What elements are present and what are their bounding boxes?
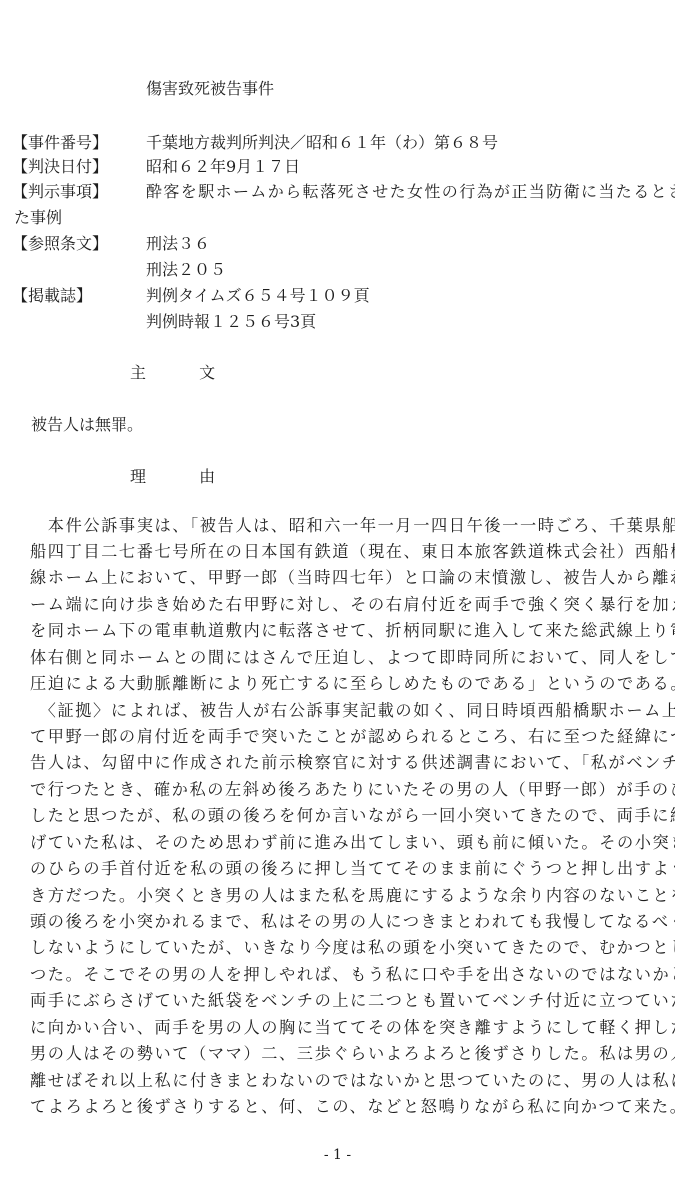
main-text-heading-char-2: 文 — [199, 360, 215, 383]
body-line: のひらの手首付近を私の頭の後ろに押し当ててそのまま前にぐうつと押し出すような小突 — [30, 855, 675, 879]
page-number: - 1 - — [0, 1147, 675, 1163]
body-line: て甲野一郎の肩付近を両手で突いたことが認められるところ、右に至つた経緯につき、被 — [30, 723, 675, 747]
main-text-heading: 主 文 — [130, 360, 215, 383]
body-line: 男の人はその勢いて（ママ）二、三歩ぐらいよろよろと後ずさりした。私は男の人を突き — [30, 1040, 675, 1064]
reasons-heading-char-1: 理 — [130, 464, 146, 487]
meta-label-publications: 【掲載誌】 — [12, 283, 92, 306]
body-line: 体右側と同ホームとの間にはさんで圧迫し、よつて即時同所において、同人をして胸腹部 — [30, 644, 675, 668]
body-line: げていた私は、そのため思わず前に進み出てしまい、頭も前に傾いた。その小突き方は手 — [30, 829, 675, 853]
body-line: つた。そこでその男の人を押しやれば、もう私に口や手を出さないのではないかと思つて… — [30, 961, 675, 985]
case-title: 傷害致死被告事件 — [146, 76, 274, 99]
meta-label-holding: 【判示事項】 — [12, 179, 108, 202]
meta-value-case-number: 千葉地方裁判所判決／昭和６１年（わ）第６８号 — [146, 130, 498, 153]
meta-value-holding-continuation: た事例 — [14, 205, 62, 228]
meta-label-judgment-date: 【判決日付】 — [12, 154, 108, 177]
main-text-verdict: 被告人は無罪。 — [31, 412, 143, 435]
body-line: で行つたとき、確か私の左斜め後ろあたりにいたその男の人（甲野一郎）が手のひらで押 — [30, 776, 675, 800]
meta-value-publication-1: 判例タイムズ６５４号１０９頁 — [146, 283, 370, 306]
body-line: てよろよろと後ずさりすると、何、この、などと怒鳴りながら私に向かつて来た。そして — [30, 1093, 675, 1117]
body-line: 圧迫による大動脈離断により死亡するに至らしめたものである」というのである。 — [30, 670, 675, 694]
body-line: ーム端に向け歩き始めた右甲野に対し、その右肩付近を両手で強く突く暴行を加え、同人 — [30, 591, 675, 615]
meta-label-referenced-articles: 【参照条文】 — [12, 231, 108, 254]
body-line: き方だつた。小突くとき男の人はまた私を馬鹿にするような余り内容のないことを言つた… — [30, 882, 675, 906]
meta-value-holding: 酔客を駅ホームから転落死させた女性の行為が正当防衛に当たるとされ — [146, 179, 675, 202]
body-line: 離せばそれ以上私に付きまとわないのではないかと思つていたのに、男の人は私に押され — [30, 1067, 675, 1091]
meta-value-judgment-date: 昭和６２年9月１７日 — [146, 154, 300, 177]
body-line: 船四丁目二七番七号所在の日本国有鉄道（現在、東日本旅客鉄道株式会社）西船橋駅四番 — [30, 538, 675, 562]
meta-label-case-number: 【事件番号】 — [12, 130, 108, 153]
body-line: 告人は、勾留中に作成された前示検察官に対する供述調書において、「私がベンチ付近ま — [30, 749, 675, 773]
body-line: 両手にぶらさげていた紙袋をベンチの上に二つとも置いてベンチ付近に立つていた男の人 — [30, 987, 675, 1011]
body-line: に向かい合い、両手を男の人の胸に当ててその体を突き離すようにして軽く押したところ… — [30, 1014, 675, 1038]
body-line: 頭の後ろを小突かれるまで、私はその男の人につきまとわれても我慢してなるべく相手に — [30, 908, 675, 932]
meta-value-article-2: 刑法２０５ — [146, 257, 226, 280]
reasons-heading: 理 由 — [130, 464, 215, 487]
meta-value-publication-2: 判例時報１２５６号3頁 — [146, 309, 316, 332]
body-line: 線ホーム上において、甲野一郎（当時四七年）と口論の末憤激し、被告人から離れて同ホ — [30, 564, 675, 588]
body-line: しないようにしていたが、いきなり今度は私の頭を小突いてきたので、むかつとしてしま — [30, 934, 675, 958]
main-text-heading-char-1: 主 — [130, 360, 146, 383]
body-line: 本件公訴事実は、「被告人は、昭和六一年一月一四日午後一一時ごろ、千葉県船橋市西 — [30, 512, 675, 536]
meta-value-article-1: 刑法３６ — [146, 231, 210, 254]
body-line: を同ホーム下の電車軌道敷内に転落させて、折柄同駅に進入して来た総武線上り電車の車 — [30, 617, 675, 641]
body-line: したと思つたが、私の頭の後ろを何か言いながら一回小突いてきたので、両手に紙袋を提 — [30, 802, 675, 826]
body-line: 〈証拠〉によれば、被告人が右公訴事実記載の如く、同日時頃西船橋駅ホーム上におい — [30, 697, 675, 721]
reasons-heading-char-2: 由 — [199, 464, 215, 487]
